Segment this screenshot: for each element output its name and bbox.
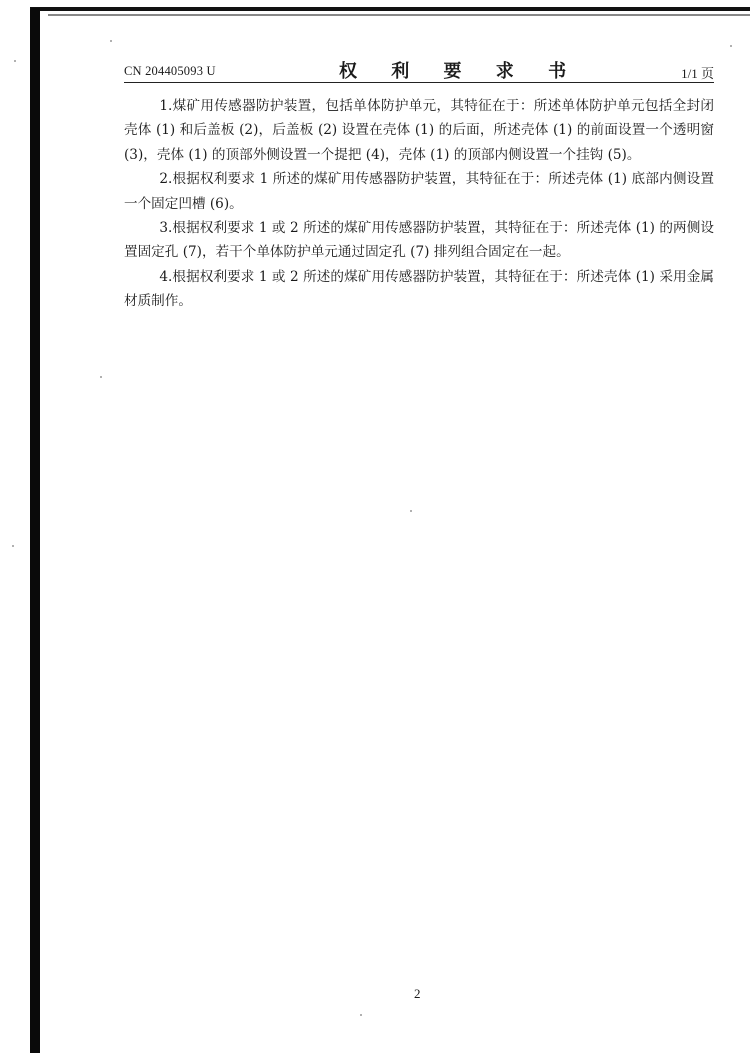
scan-border-top bbox=[30, 7, 750, 11]
claims-section: 1.煤矿用传感器防护装置，包括单体防护单元，其特征在于：所述单体防护单元包括全封… bbox=[124, 94, 714, 314]
claim-2: 2.根据权利要求 1 所述的煤矿用传感器防护装置，其特征在于：所述壳体 (1) … bbox=[124, 167, 714, 216]
claim-4: 4.根据权利要求 1 或 2 所述的煤矿用传感器防护装置，其特征在于：所述壳体 … bbox=[124, 265, 714, 314]
page-header: CN 204405093 U 权 利 要 求 书 1/1 页 bbox=[124, 58, 714, 83]
page-indicator: 1/1 页 bbox=[681, 63, 714, 82]
scan-rule-top bbox=[48, 14, 750, 16]
scan-border-left bbox=[30, 8, 40, 1053]
scan-speck bbox=[100, 376, 102, 378]
scan-speck bbox=[14, 60, 16, 62]
patent-number: CN 204405093 U bbox=[124, 64, 216, 79]
scan-speck bbox=[12, 545, 14, 547]
page-number: 2 bbox=[414, 986, 421, 1002]
page-title: 权 利 要 求 书 bbox=[339, 57, 580, 83]
claim-3: 3.根据权利要求 1 或 2 所述的煤矿用传感器防护装置，其特征在于：所述壳体 … bbox=[124, 216, 714, 265]
scan-speck bbox=[730, 45, 732, 47]
scan-speck bbox=[360, 1014, 362, 1016]
claim-1: 1.煤矿用传感器防护装置，包括单体防护单元，其特征在于：所述单体防护单元包括全封… bbox=[124, 94, 714, 167]
scan-speck bbox=[110, 40, 112, 42]
scan-speck bbox=[410, 510, 412, 512]
